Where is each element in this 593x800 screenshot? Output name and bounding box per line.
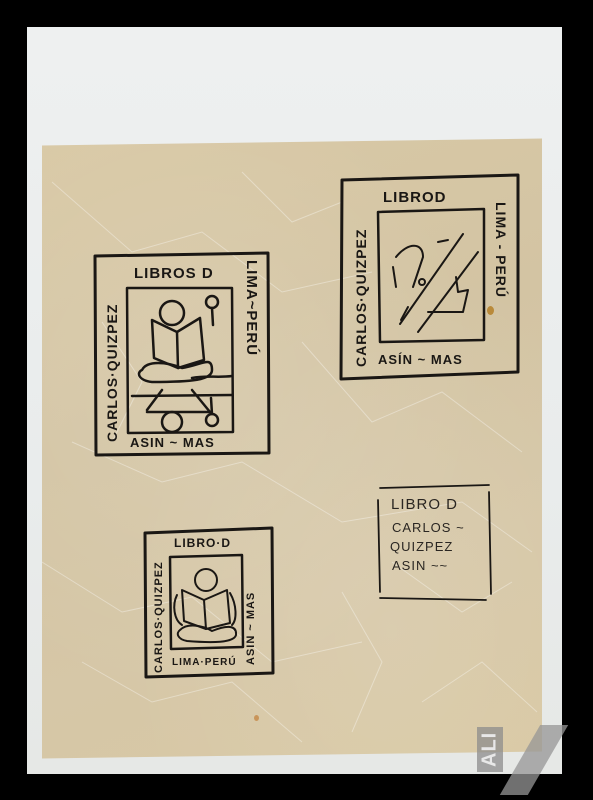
text-line-2: CARLOS ~ [392,520,465,535]
plate-bottom-text: ASIN ~ MAS [130,435,215,450]
plate-left-text: CARLOS·QUIZPEZ [153,561,165,673]
plate-left-text: CARLOS·QUIZPEZ [104,304,120,442]
books-number-icon [393,234,478,332]
paper-stain [254,715,259,721]
plate-top-text: LIBROD [383,189,447,206]
plate-top-text: LIBRO·D [174,536,231,550]
reading-figure-icon [174,569,236,642]
bookplate-carlos-quizpez-reader: LIBROS D CARLOS·QUIZPEZ LIMA~PERÚ ASIN ~… [92,250,272,460]
bookplate-text-only: LIBRO D CARLOS ~ QUIZPEZ ASIN ~~ [374,482,496,604]
plate-right-text: LIMA~PERÚ [243,260,261,356]
paper-stain [487,306,494,315]
plate-bottom-text: ASÍN ~ MAS [378,352,463,367]
plate-right-text: LIMA - PERÚ [493,202,510,298]
text-line-3: QUIZPEZ [390,539,453,554]
plate-left-text: CARLOS·QUIZPEZ [353,229,369,367]
plate-bottom-text: LIMA·PERÚ [172,655,237,668]
text-line-1: LIBRO D [391,496,458,513]
watermark-text: ALI [477,727,503,772]
reading-figure-icon [132,296,232,432]
text-line-4: ASIN ~~ [392,558,448,573]
plate-top-text: LIBROS D [134,265,214,282]
bookplate-carlos-quizpez-books: LIBROD CARLOS·QUIZPEZ LIMA - PERÚ ASÍN ~… [338,172,523,382]
plate-right-text: ASIN ~ MAS [245,592,257,665]
bookplate-small-reader: LIBRO·D CARLOS·QUIZPEZ ASIN ~ MAS LIMA·P… [142,525,277,680]
